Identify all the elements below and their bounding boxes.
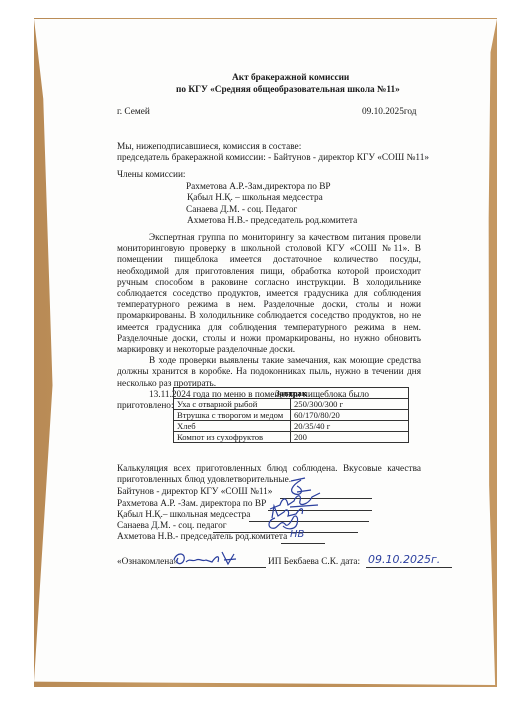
findings-paragraph: Экспертная группа по мониторингу за каче… [117,233,421,412]
signature-label-3: Қабыл Н.Қ.– школьная медсестра [117,510,250,521]
signature-label-5: Ахметова Н.В.- председатель род.комитета [117,532,287,543]
title-line-2: по КГУ «Средняя общеобразовательная школ… [176,85,400,96]
signature-label-4: Санаева Д.М. - соц. педагог [117,521,227,532]
portion-cell: 250/300/300 г [291,399,409,410]
table-row: Втрушка с творогом и медом 60/170/80/20 [174,410,409,421]
member-4: Ахметова Н.В.- председатель род.комитета [187,216,357,227]
dish-cell: Втрушка с творогом и медом [174,410,291,421]
signature-label-1: Байтунов - директор КГУ «СОШ №11» [117,487,272,498]
signature-bekbaeva [172,550,252,568]
table-row: Хлеб 20/35/40 г [174,421,409,432]
chairman-text: председатель бракеражной комиссии: - Бай… [117,153,429,164]
member-3: Санаева Д.М. - соц. Педагог [186,205,297,216]
portion-cell: 20/35/40 г [291,421,409,432]
dish-cell: Хлеб [174,421,291,432]
paragraph-1: Экспертная группа по мониторингу за каче… [117,233,421,356]
intro-text: Мы, нижеподписавшиеся, комиссия в состав… [117,142,301,153]
handwritten-date: 09.10.2025г. [368,553,440,566]
paragraph-2: В ходе проверки выявлены такие замечания… [117,356,421,390]
table-row: Компот из сухофруктов 200 [174,432,409,443]
menu-table-header: Завтрак [174,388,409,399]
date-line [366,566,452,568]
signature-line-5 [281,542,325,544]
portion-cell: 60/170/80/20 [291,410,409,421]
portion-cell: 200 [291,432,409,443]
dish-cell: Уха с отварной рыбой [174,399,291,410]
members-label: Члены комиссии: [117,170,186,181]
dish-cell: Компот из сухофруктов [174,432,291,443]
title-line-1: Акт бракеражной комиссии [232,73,349,84]
conclusion-text: Калькуляция всех приготовленных блюд соб… [117,464,421,486]
signature-label-2: Рахметова А.Р. -Зам. директора по ВР [117,499,266,510]
member-1: Рахметова А.Р.-Зам.директора по ВР [186,182,331,193]
table-row: Уха с отварной рыбой 250/300/300 г [174,399,409,410]
city: г. Семей [117,107,150,118]
document-date: 09.10.2025год [362,107,417,118]
initials-handwritten: НВ [290,529,304,540]
acknowledged-by: ИП Бекбаева С.К. дата: [268,557,360,568]
menu-table: Завтрак Уха с отварной рыбой 250/300/300… [173,387,409,443]
acknowledged-label: «Ознакомлена» [117,557,178,568]
member-2: Қабыл Н.Қ. – школьная медсестра [187,193,323,204]
conclusion: Калькуляция всех приготовленных блюд соб… [117,464,421,486]
